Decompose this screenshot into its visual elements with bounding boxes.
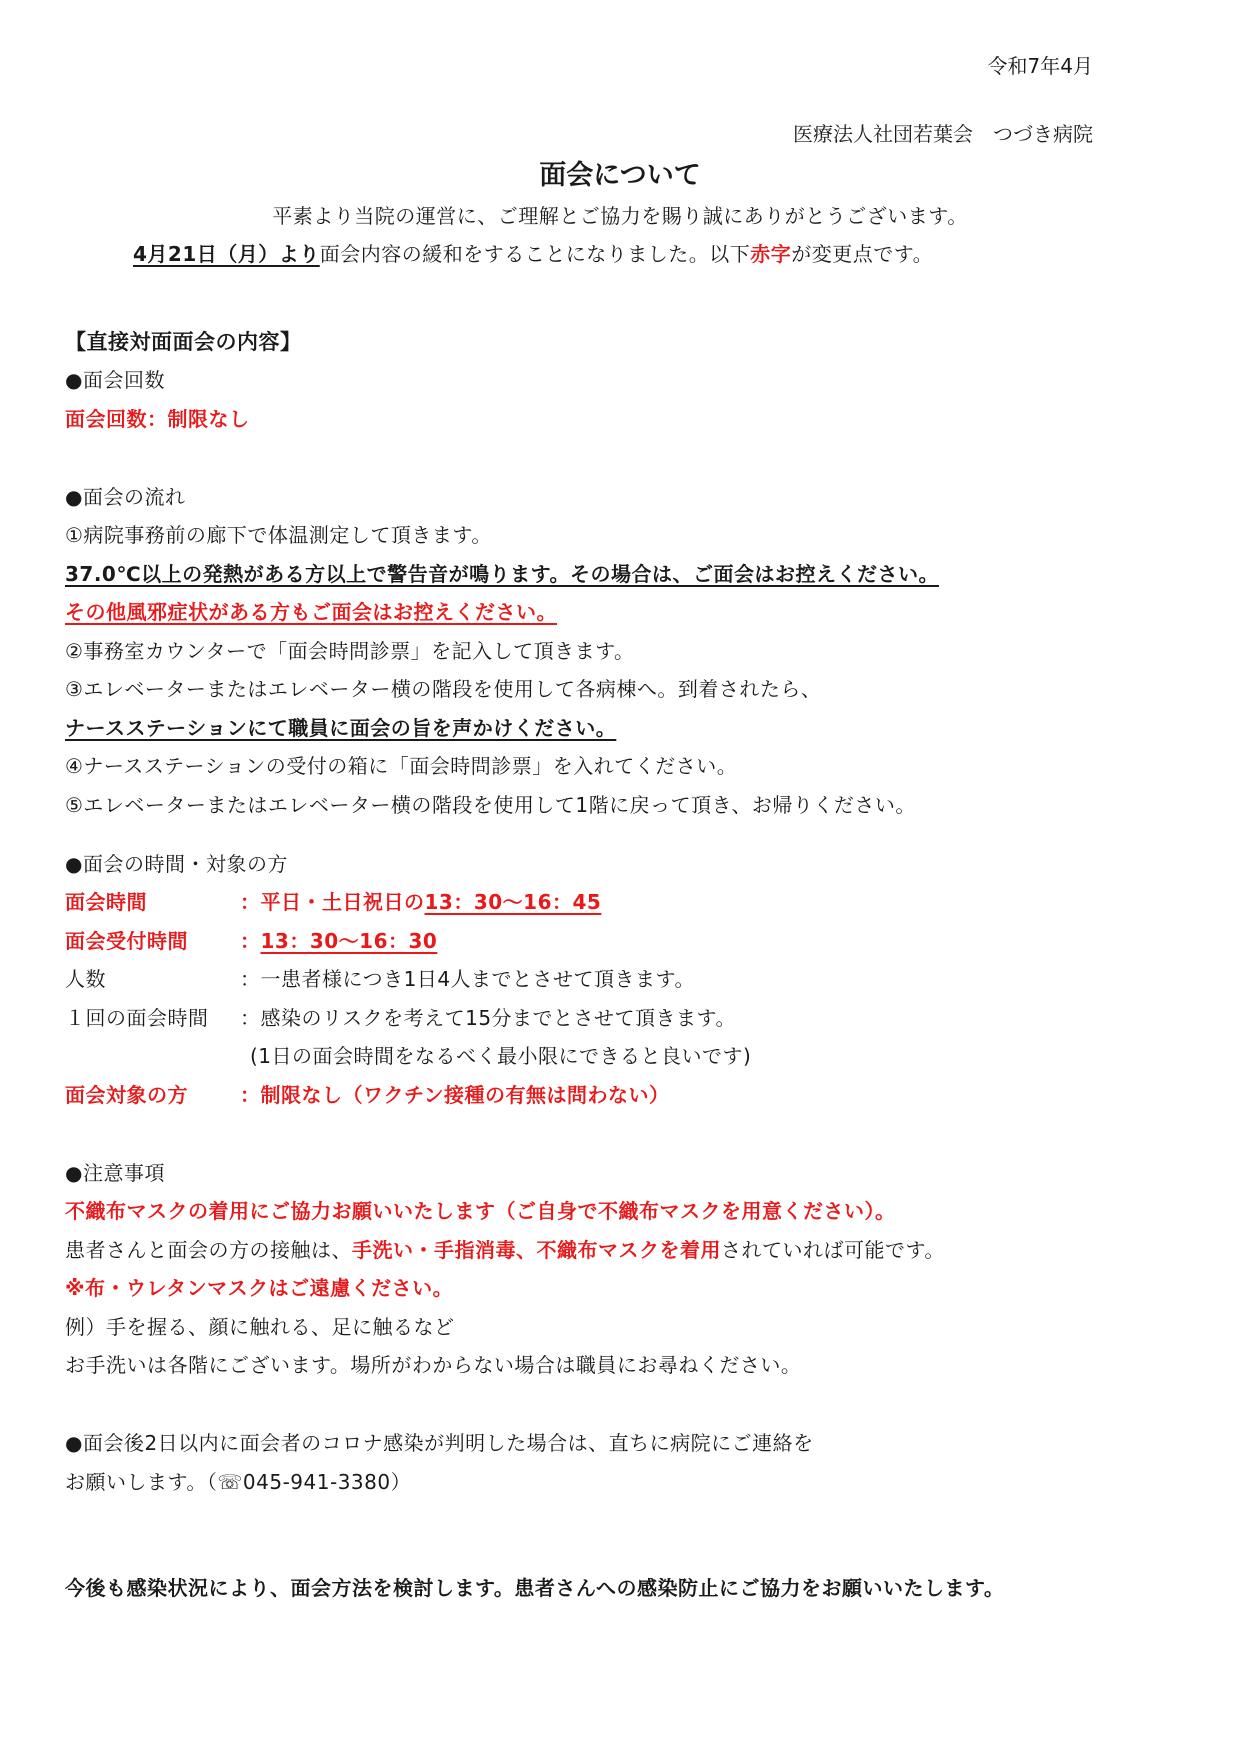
cloth-mask-note: ※布・ウレタンマスクはご遠慮ください。 bbox=[65, 1274, 453, 1302]
visit-hours-value: 13：30〜16：45 bbox=[425, 890, 602, 914]
visit-hours-label: 面会時間 bbox=[65, 888, 240, 916]
reception-hours-value: 13：30〜16：30 bbox=[261, 929, 438, 953]
visit-count-value: 面会回数：制限なし bbox=[65, 405, 250, 433]
flow-step-3: ③エレベーターまたはエレベーター横の階段を使用して各病棟へ。到着されたら、 bbox=[65, 675, 821, 703]
duration-row: １回の面会時間：感染のリスクを考えて15分までとさせて頂きます。 bbox=[65, 1004, 736, 1032]
covid-notice-line-1: ●面会後2日以内に面会者のコロナ感染が判明した場合は、直ちに病院にご連絡を bbox=[65, 1429, 814, 1457]
covid-notice-line-2: お願いします。（☏045-941-3380） bbox=[65, 1468, 411, 1496]
restroom-note: お手洗いは各階にございます。場所がわからない場合は職員にお尋ねください。 bbox=[65, 1351, 801, 1379]
section-heading: 【直接対面面会の内容】 bbox=[65, 328, 302, 356]
visit-count-heading: ●面会回数 bbox=[65, 366, 165, 394]
contact-red: 手洗い・手指消毒、不織布マスクを着用 bbox=[352, 1238, 721, 1262]
people-row: 人数：一患者様につき1日4人までとさせて頂きます。 bbox=[65, 965, 695, 993]
notice-red-word: 赤字 bbox=[750, 242, 791, 266]
reception-hours-label: 面会受付時間 bbox=[65, 927, 240, 955]
notice-text: 面会内容の緩和をすることになりました。以下 bbox=[320, 242, 751, 266]
mask-request: 不織布マスクの着用にご協力お願いいたします（ご自身で不織布マスクを用意ください）… bbox=[65, 1197, 896, 1225]
closing-statement: 今後も感染状況により、面会方法を検討します。患者さんへの感染防止にご協力をお願い… bbox=[65, 1574, 1004, 1602]
fever-warning: 37.0℃以上の発熱がある方以上で警告音が鳴ります。その場合は、ご面会はお控えく… bbox=[65, 560, 939, 588]
greeting: 平素より当院の運営に、ご理解とご協力を賜り誠にありがとうございます。 bbox=[0, 202, 1240, 230]
flow-step-2: ②事務室カウンターで「面会時問診票」を記入して頂きます。 bbox=[65, 637, 635, 665]
flow-step-3-instruction: ナースステーションにて職員に面会の旨を声かけください。 bbox=[65, 714, 616, 742]
cold-warning: その他風邪症状がある方もご面会はお控えください。 bbox=[65, 598, 557, 626]
people-label: 人数 bbox=[65, 965, 240, 993]
target-row: 面会対象の方：制限なし（ワクチン接種の有無は問わない） bbox=[65, 1081, 670, 1109]
visit-time-heading: ●面会の時間・対象の方 bbox=[65, 850, 288, 878]
visit-flow-heading: ●面会の流れ bbox=[65, 483, 185, 511]
reception-hours-prefix: ： bbox=[240, 929, 261, 953]
notice-date: 4月21日（月）より bbox=[133, 242, 320, 266]
target-value: ：制限なし（ワクチン接種の有無は問わない） bbox=[240, 1083, 670, 1107]
target-label: 面会対象の方 bbox=[65, 1081, 240, 1109]
visit-hours-prefix: ：平日・土日祝日の bbox=[240, 890, 425, 914]
page-title: 面会について bbox=[0, 158, 1240, 194]
duration-value: ：感染のリスクを考えて15分までとさせて頂きます。 bbox=[240, 1006, 736, 1030]
flow-step-1: ①病院事務前の廊下で体温測定して頂きます。 bbox=[65, 521, 492, 549]
document-date: 令和7年4月 bbox=[988, 52, 1093, 80]
flow-step-4: ④ナースステーションの受付の箱に「面会時問診票」を入れてください。 bbox=[65, 752, 737, 780]
cautions-heading: ●注意事項 bbox=[65, 1159, 165, 1187]
duration-label: １回の面会時間 bbox=[65, 1004, 240, 1032]
contact-rule: 患者さんと面会の方の接触は、手洗い・手指消毒、不織布マスクを着用されていれば可能… bbox=[65, 1236, 945, 1264]
visit-hours-row: 面会時間：平日・土日祝日の13：30〜16：45 bbox=[65, 888, 601, 916]
contact-prefix: 患者さんと面会の方の接触は、 bbox=[65, 1238, 352, 1262]
change-notice: 4月21日（月）より面会内容の緩和をすることになりました。以下赤字が変更点です。 bbox=[133, 240, 933, 268]
reception-hours-row: 面会受付時間：13：30〜16：30 bbox=[65, 927, 437, 955]
flow-step-5: ⑤エレベーターまたはエレベーター横の階段を使用して1階に戻って頂き、お帰りくださ… bbox=[65, 791, 916, 819]
contact-suffix: されていれば可能です。 bbox=[721, 1238, 945, 1262]
people-value: ：一患者様につき1日4人までとさせて頂きます。 bbox=[240, 967, 695, 991]
duration-note: (1日の面会時間をなるべく最小限にできると良いです) bbox=[250, 1042, 751, 1070]
organization-name: 医療法人社団若葉会 つづき病院 bbox=[793, 120, 1093, 148]
notice-text-end: が変更点です。 bbox=[791, 242, 933, 266]
contact-example: 例）手を握る、顔に触れる、足に触るなど bbox=[65, 1313, 455, 1341]
